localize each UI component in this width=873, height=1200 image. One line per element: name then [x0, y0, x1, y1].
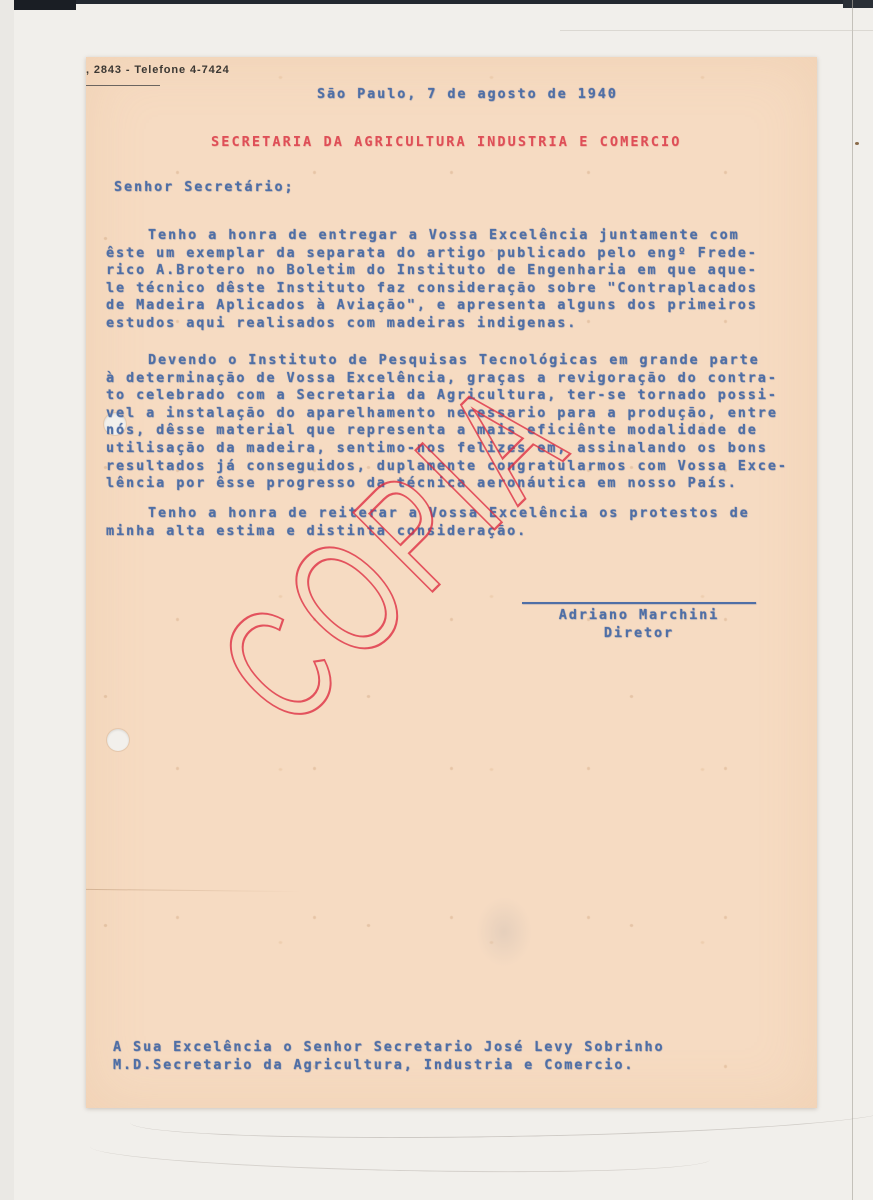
body-line: Tenho a honra de reiterar a Vossa Excelê… [148, 505, 750, 523]
body-line: de Madeira Aplicados à Aviação", e apres… [106, 297, 758, 315]
addressee-line: M.D.Secretario da Agricultura, Industria… [113, 1057, 665, 1075]
body-line: lência por êsse progresso da técnica aer… [106, 475, 788, 493]
date-line: São Paulo, 7 de agosto de 1940 [317, 86, 618, 104]
signature-rule [522, 602, 756, 604]
letter-page: i, 2843 - Telefone 4-7424 São Paulo, 7 d… [86, 57, 817, 1108]
punch-hole [107, 729, 129, 751]
addressee-line: A Sua Excelência o Senhor Secretario Jos… [113, 1039, 665, 1057]
body-line: to celebrado com a Secretaria da Agricul… [106, 387, 788, 405]
salutation: Senhor Secretário; [114, 179, 295, 197]
scanned-letter-screenshot: { "letterhead": { "fragment": "i, 2843 -… [0, 0, 873, 1200]
signatory-title: Diretor [522, 625, 756, 643]
body-line: minha alta estima e distinta consideraçã… [106, 523, 750, 541]
paragraph-3: Tenho a honra de reiterar a Vossa Excelê… [106, 505, 750, 540]
body-line: nós, dêsse material que representa a mai… [106, 422, 788, 440]
body-line: resultados já conseguidos, duplamente co… [106, 458, 788, 476]
scanner-corner-right [843, 0, 873, 8]
letterhead-rule [86, 85, 160, 86]
body-line: estudos aqui realisados com madeiras ind… [106, 315, 758, 333]
body-line: le técnico dêste Instituto faz considera… [106, 280, 758, 298]
scanner-left-band [0, 0, 14, 1200]
paper-crease [86, 889, 301, 892]
scanner-right-line [852, 0, 853, 1200]
secretariat-header: SECRETARIA DA AGRICULTURA INDUSTRIA E CO… [211, 134, 681, 150]
ink-smudge [476, 897, 532, 967]
scanner-speck [855, 142, 859, 145]
paragraph-1: Tenho a honra de entregar a Vossa Excelê… [106, 227, 758, 333]
scanner-edge-strip [0, 0, 873, 4]
scanner-scratch [90, 1129, 711, 1178]
paragraph-2: Devendo o Instituto de Pesquisas Tecnoló… [106, 352, 788, 493]
body-line: utilisação da madeira, sentimo-nos feliz… [106, 440, 788, 458]
addressee-block: A Sua Excelência o Senhor Secretario Jos… [113, 1039, 665, 1074]
scanner-lid-line [560, 30, 873, 31]
body-line: vel a instalação do aparelhamento necess… [106, 405, 788, 423]
body-line: Tenho a honra de entregar a Vossa Excelê… [148, 227, 758, 245]
letterhead-fragment: i, 2843 - Telefone 4-7424 [86, 64, 230, 76]
body-line: à determinação de Vossa Excelência, graç… [106, 370, 788, 388]
body-line: rico A.Brotero no Boletim do Instituto d… [106, 262, 758, 280]
body-line: Devendo o Instituto de Pesquisas Tecnoló… [148, 352, 788, 370]
body-line: êste um exemplar da separata do artigo p… [106, 245, 758, 263]
signature-block: Adriano Marchini Diretor [522, 602, 756, 642]
signatory-name: Adriano Marchini [522, 607, 756, 625]
